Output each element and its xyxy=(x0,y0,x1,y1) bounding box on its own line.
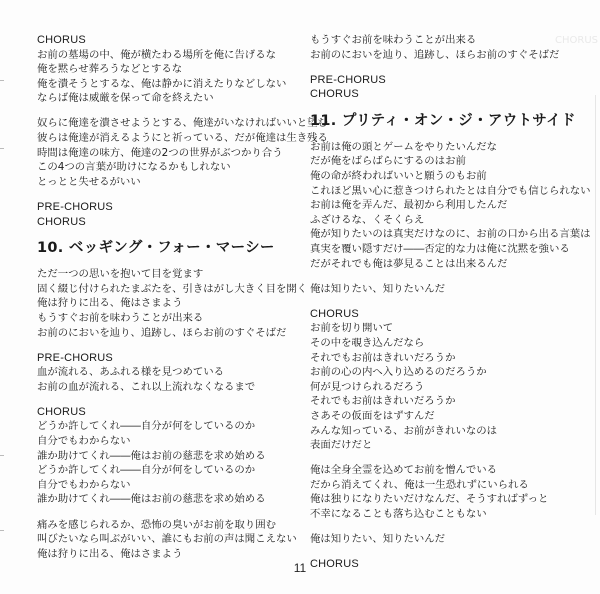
lyrics-column-left: CHORUSお前の墓場の中、俺が横たわる場所を俺に告げるな俺を黙らせ葬ろうなどと… xyxy=(37,33,328,561)
stanza-gap xyxy=(37,507,328,518)
section-label: CHORUS xyxy=(310,87,591,102)
lyric-line: さあその仮面をはずすんだ xyxy=(310,409,591,424)
lyric-line: その中を覗き込んだなら xyxy=(310,336,591,351)
lyric-line: 俺は独りになりたいだけなんだ、そうすればずっと xyxy=(310,492,591,507)
lyric-line: 俺は全身全霊を込めてお前を憎んでいる xyxy=(310,463,591,478)
lyric-line: だから消えてくれ、俺は一生恐れずにいられる xyxy=(310,478,591,493)
stanza-gap xyxy=(310,271,591,282)
lyric-line: みんな知っている、お前がきれいなのは xyxy=(310,424,591,439)
lyric-line: ただ一つの思いを抱いて目を覚ます xyxy=(37,267,328,282)
lyric-line: だが俺をばらばらにするのはお前 xyxy=(310,154,591,169)
lyric-line: 時間は俺達の味方、俺達の2つの世界がぶつかり合う xyxy=(37,146,328,161)
lyric-line: 表面だけだと xyxy=(310,438,591,453)
lyric-line: 彼らは俺達が消えるようにと祈っている、だが俺達は生き残る xyxy=(37,131,328,146)
lyric-line: お前の墓場の中、俺が横たわる場所を俺に告げるな xyxy=(37,48,328,63)
lyric-line: 叫びたいなら叫ぶがいい、誰にもお前の声は聞こえない xyxy=(37,532,328,547)
lyric-line: ふざけるな、くそくらえ xyxy=(310,213,591,228)
lyric-line: どうか許してくれ――自分が何をしているのか xyxy=(37,463,328,478)
lyric-line: もうすぐお前を味わうことが出来る xyxy=(310,33,591,48)
lyrics-column-right: もうすぐお前を味わうことが出来るお前のにおいを辿り、追跡し、ほらお前のすぐそばだ… xyxy=(310,33,591,572)
binding-mark xyxy=(0,80,4,81)
page-number: 11 xyxy=(0,561,600,575)
lyric-line: もうすぐお前を味わうことが出来る xyxy=(37,311,328,326)
lyric-line: 俺が知りたいのは真実だけなのに、お前の口から出る言葉は xyxy=(310,227,591,242)
section-label: CHORUS xyxy=(37,215,328,230)
lyric-line: それでもお前はきれいだろうか xyxy=(310,351,591,366)
section-label: CHORUS xyxy=(310,307,591,322)
lyric-line: それでもお前はきれいだろうか xyxy=(310,394,591,409)
stanza-gap xyxy=(37,340,328,351)
section-label: PRE-CHORUS xyxy=(37,200,328,215)
binding-mark xyxy=(0,148,4,149)
lyric-line: 痛みを感じられるか、恐怖の臭いがお前を取り囲む xyxy=(37,518,328,533)
song-title: 11. プリティ・オン・ジ・アウトサイド xyxy=(310,112,591,130)
lyric-line: ならば俺は威厳を保って命を終えたい xyxy=(37,91,328,106)
lyric-line: 誰か助けてくれ――俺はお前の慈悲を求め始める xyxy=(37,449,328,464)
lyric-line: 俺を潰そうとするな、俺は静かに消えたりなどしない xyxy=(37,77,328,92)
section-label: CHORUS xyxy=(37,33,328,48)
lyric-line: 固く綴じ付けられたまぶたを、引きはがし大きく目を開く xyxy=(37,282,328,297)
lyric-line: お前のにおいを辿り、追跡し、ほらお前のすぐそばだ xyxy=(310,48,591,63)
lyric-line: お前の心の内へ入り込めるのだろうか xyxy=(310,365,591,380)
section-label: PRE-CHORUS xyxy=(37,351,328,366)
lyric-line: とっとと失せるがいい xyxy=(37,175,328,190)
lyric-line: 俺は狩りに出る、俺はさまよう xyxy=(37,296,328,311)
binding-mark xyxy=(0,455,4,456)
stanza-gap xyxy=(310,296,591,307)
lyric-line: お前は俺を弄んだ、最初から利用したんだ xyxy=(310,198,591,213)
binding-mark xyxy=(0,530,4,531)
lyric-line: 俺は知りたい、知りたいんだ xyxy=(310,532,591,547)
lyric-line: お前を切り開いて xyxy=(310,321,591,336)
stanza-gap xyxy=(37,106,328,117)
lyric-line: どうか許してくれ――自分が何をしているのか xyxy=(37,419,328,434)
lyric-line: これほど黒い心に惹きつけられたとは自分でも信じられない xyxy=(310,184,591,199)
lyric-line: 真実を覆い隠すだけ――否定的な力は俺に沈黙を強いる xyxy=(310,242,591,257)
stanza-gap xyxy=(310,522,591,533)
lyric-line: 不幸になることも落ち込むこともない xyxy=(310,507,591,522)
lyric-line: お前の血が流れる、これ以上流れなくなるまで xyxy=(37,380,328,395)
lyric-line: だがそれでも俺は夢見ることは出来るんだ xyxy=(310,257,591,272)
lyric-line: 何が見つけられるだろう xyxy=(310,380,591,395)
lyric-line: この4つの言葉が助けになるかもしれない xyxy=(37,160,328,175)
lyric-line: 自分でもわからない xyxy=(37,434,328,449)
lyric-line: 自分でもわからない xyxy=(37,478,328,493)
stanza-gap xyxy=(37,189,328,200)
lyric-line: 俺は知りたい、知りたいんだ xyxy=(310,282,591,297)
stanza-gap xyxy=(310,62,591,73)
section-label: CHORUS xyxy=(37,405,328,420)
stanza-gap xyxy=(310,547,591,558)
stanza-gap xyxy=(37,394,328,405)
lyric-line: お前のにおいを辿り、追跡し、ほらお前のすぐそばだ xyxy=(37,326,328,341)
lyric-line: 血が流れる、あふれる様を見つめている xyxy=(37,365,328,380)
lyric-line: 奴らに俺達を潰させようとする、俺達がいなければいいと望む xyxy=(37,116,328,131)
lyric-line: 俺は狩りに出る、俺はさまよう xyxy=(37,547,328,562)
song-title: 10. ベッギング・フォー・マーシー xyxy=(37,239,328,257)
lyric-line: お前は俺の頭とゲームをやりたいんだな xyxy=(310,140,591,155)
lyric-line: 俺の命が終わればいいと願うのもお前 xyxy=(310,169,591,184)
section-label: PRE-CHORUS xyxy=(310,73,591,88)
stanza-gap xyxy=(310,453,591,464)
lyric-line: 誰か助けてくれ――俺はお前の慈悲を求め始める xyxy=(37,492,328,507)
page-edge-line xyxy=(595,95,596,515)
lyric-line: 俺を黙らせ葬ろうなどとするな xyxy=(37,62,328,77)
